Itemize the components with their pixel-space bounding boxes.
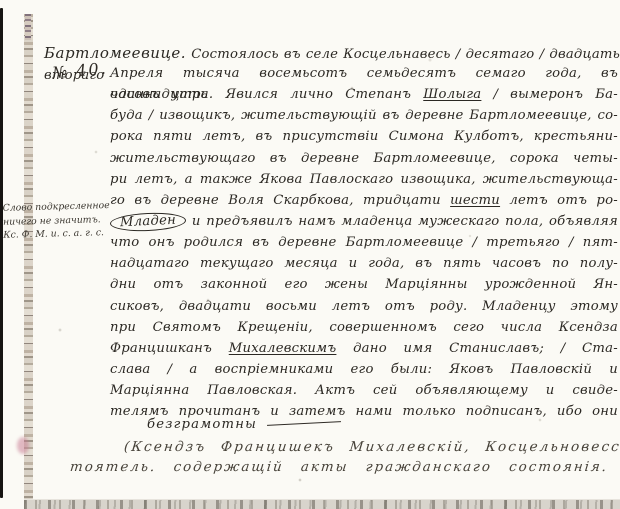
line-text: Францишканъ bbox=[110, 341, 212, 356]
scan-left-border bbox=[0, 8, 3, 498]
record-line: что онъ родился въ деревне Бартломеевице… bbox=[110, 232, 618, 253]
village-heading: Бартломеевице. bbox=[44, 44, 186, 62]
record-line: Апреля тысяча восемьсотъ семьдесятъ сема… bbox=[110, 63, 618, 84]
record-line: буда / извощикъ, жительствующій въ дерев… bbox=[110, 105, 618, 126]
record-line: Францишканъ Михалевскимъ дано имя Станис… bbox=[110, 338, 618, 359]
record-line: слава / а воспріемниками его были: Яковъ… bbox=[110, 359, 618, 380]
record-body: Апреля тысяча восемьсотъ семьдесятъ сема… bbox=[110, 63, 618, 422]
line-text: и предъявилъ намъ младенца мужескаго пол… bbox=[192, 214, 618, 229]
priest-signature-line-1: (Ксендзъ Францишекъ Михалевскій, Косцель… bbox=[123, 439, 620, 455]
line-text: дано имя Станиславъ; / Ста- bbox=[353, 341, 618, 356]
record-line: сиковъ, двадцати восьми летъ отъ роду. М… bbox=[110, 296, 618, 317]
page-edge-strip bbox=[24, 14, 33, 500]
scan-bottom-band bbox=[24, 499, 620, 509]
record-line: Младен и предъявилъ намъ младенца мужеск… bbox=[110, 211, 618, 232]
record-line: рока пяти летъ, въ присутствіи Симона Ку… bbox=[110, 126, 618, 147]
record-line: Марціянна Павловская. Актъ сей объявляющ… bbox=[110, 380, 618, 401]
record-line: при Святомъ Крещеніи, совершенномъ сего … bbox=[110, 317, 618, 338]
line-text: безграмотны bbox=[147, 417, 257, 432]
line-text: летъ отъ ро- bbox=[509, 193, 618, 208]
priest-signature-line-2: тоятель. содержащій акты гражданскаго со… bbox=[69, 460, 609, 475]
record-line-illiterate: безграмотны bbox=[147, 417, 341, 432]
underlined-word: Михалевскимъ bbox=[229, 341, 337, 356]
circled-word: Младен bbox=[110, 211, 187, 232]
scanned-record-page: Бартломеевице. Состоялось въ селе Косцел… bbox=[0, 0, 620, 509]
line-text: часовъ утра. Явился лично Степанъ bbox=[110, 87, 411, 102]
record-line: ри летъ, а также Якова Павлоскаго извощи… bbox=[110, 169, 618, 190]
underlined-word: Шолыга bbox=[423, 87, 481, 102]
record-line: часовъ утра. Явился лично Степанъ Шолыга… bbox=[110, 84, 618, 105]
line-text: го въ деревне Воля Скарбкова, тридцати bbox=[110, 193, 441, 208]
record-line: дни отъ законной его жены Марціянны урож… bbox=[110, 274, 618, 295]
line-text: / вымеронъ Ба- bbox=[493, 87, 618, 102]
record-line: го въ деревне Воля Скарбкова, тридцати ш… bbox=[110, 190, 618, 211]
underlined-word: шести bbox=[450, 193, 500, 208]
record-line: надцатаго текущаго месяца и года, въ пят… bbox=[110, 253, 618, 274]
closing-flourish-line bbox=[267, 421, 341, 426]
record-line-1: Бартломеевице. Состоялось въ селе Косцел… bbox=[44, 43, 620, 64]
pink-ink-smudge bbox=[17, 437, 29, 454]
record-line: жительствующаго въ деревне Бартломеевице… bbox=[110, 148, 618, 169]
